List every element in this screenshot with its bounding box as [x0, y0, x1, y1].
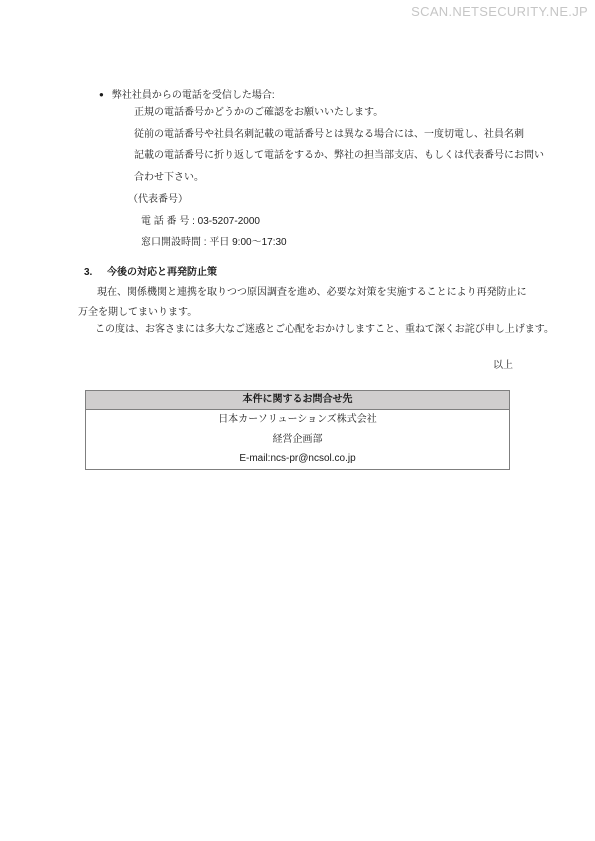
- section-heading: 3.今後の対応と再発防止策: [84, 263, 217, 278]
- paragraph-line: 万全を期してまいります。: [78, 303, 197, 318]
- office-hours-line: 窓口開設時間 : 平日 9:00～17:30: [141, 233, 287, 248]
- body-line: 合わせ下さい。: [134, 167, 544, 189]
- body-line: 正規の電話番号かどうかのご確認をお願いいたします。: [134, 102, 544, 124]
- bullet-item-heading: ●弊社社員からの電話を受信した場合:: [99, 86, 275, 101]
- bullet-item-title: 弊社社員からの電話を受信した場合:: [112, 90, 275, 101]
- body-line: 記載の電話番号に折り返して電話をするか、弊社の担当部支店、もしくは代表番号にお問…: [134, 145, 544, 167]
- contact-department: 経営企画部: [86, 430, 509, 450]
- closing-text: 以上: [493, 356, 513, 371]
- section-title: 今後の対応と再発防止策: [107, 267, 217, 278]
- document-page: SCAN.NETSECURITY.NE.JP ●弊社社員からの電話を受信した場合…: [0, 0, 595, 841]
- contact-box-header: 本件に関するお問合せ先: [86, 391, 509, 410]
- bullet-item-body: 正規の電話番号かどうかのご確認をお願いいたします。 従前の電話番号や社員名刺記載…: [134, 102, 544, 188]
- contact-box: 本件に関するお問合せ先 日本カーソリューションズ株式会社 経営企画部 E-mai…: [85, 390, 510, 470]
- body-line: 従前の電話番号や社員名刺記載の電話番号とは異なる場合には、一度切電し、社員名刺: [134, 124, 544, 146]
- contact-email: E-mail:ncs-pr@ncsol.co.jp: [86, 449, 509, 469]
- bullet-icon: ●: [99, 90, 104, 99]
- phone-section-label: （代表番号）: [128, 190, 188, 205]
- paragraph-line: 現在、関係機関と連携を取りつつ原因調査を進め、必要な対策を実施することにより再発…: [97, 283, 527, 298]
- watermark: SCAN.NETSECURITY.NE.JP: [411, 4, 588, 19]
- section-number: 3.: [84, 267, 107, 278]
- contact-company: 日本カーソリューションズ株式会社: [86, 410, 509, 430]
- phone-number-line: 電 話 番 号 : 03-5207-2000: [141, 212, 260, 227]
- paragraph-line: この度は、お客さまには多大なご迷惑とご心配をおかけしますこと、重ねて深くお詫び申…: [95, 320, 554, 335]
